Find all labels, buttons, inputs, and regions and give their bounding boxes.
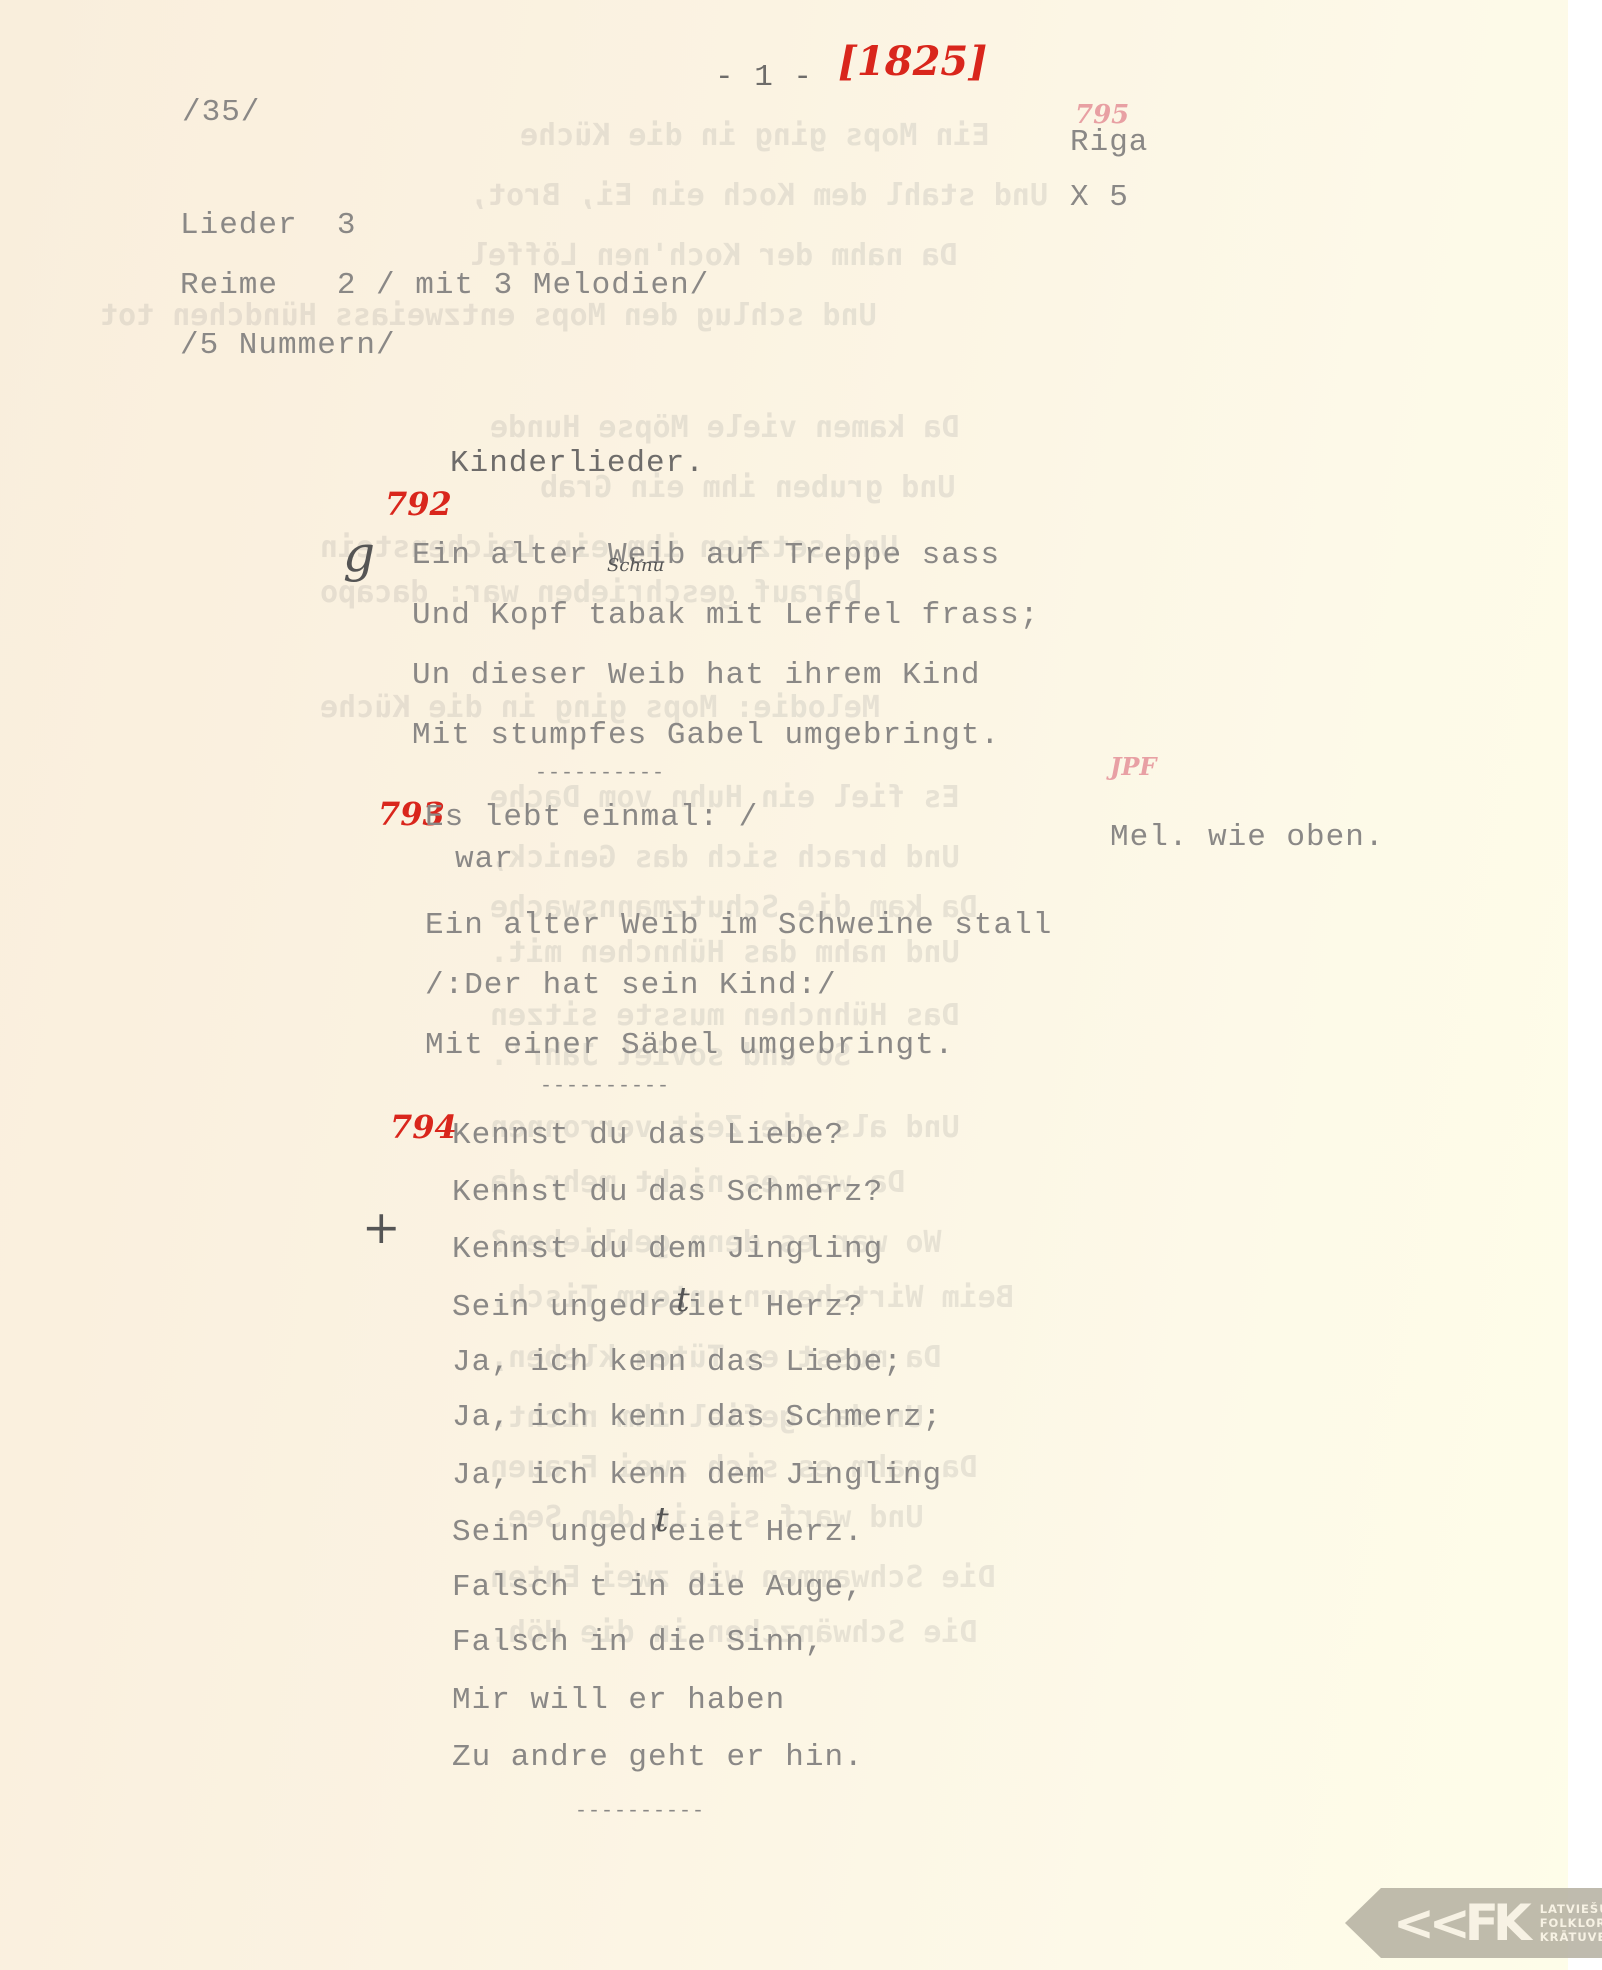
lfk-logo-icon: <<FK <box>1393 1894 1526 1952</box>
verse-line: Falsch in die Sinn, <box>452 1625 824 1660</box>
verse-line: Mir will er haben <box>452 1683 785 1718</box>
verse-line: Ein alter Weib auf Treppe sass <box>412 538 1000 573</box>
place-label: Riga <box>1070 125 1148 160</box>
logo-line: LATVIEŠU <box>1540 1902 1602 1916</box>
document-page: Ein Mops ging in die Küche Und stahl dem… <box>0 0 1568 1970</box>
verse-line: Ja, ich kenn das Liebe; <box>452 1345 903 1380</box>
summary-nummern: /5 Nummern/ <box>180 328 396 363</box>
verse-line: Zu andre geht er hin. <box>452 1740 864 1775</box>
mark-label: X 5 <box>1070 180 1129 215</box>
song-number: 794 <box>390 1108 457 1146</box>
archive-number: [1825] <box>838 38 987 85</box>
song-number: 792 <box>385 485 452 523</box>
verse-line: /:Der hat sein Kind:/ <box>425 968 837 1003</box>
pencil-correction: t <box>676 1280 690 1320</box>
archive-logo: <<FK LATVIEŠU FOLKLORAS KRĀTUVE <box>1345 1888 1602 1958</box>
faint-red-mark: JPF <box>1110 752 1156 781</box>
verse-line: Und Kopf tabak mit Leffel frass; <box>412 598 1039 633</box>
verse-line: Mit stumpfes Gabel umgebringt. <box>412 718 1000 753</box>
verse-line: Ja, ich kenn das Schmerz; <box>452 1400 942 1435</box>
bleedthrough-line: Und stahl dem Koch ein Ei, Brot, <box>470 178 1048 213</box>
separator: ---------- <box>535 762 665 785</box>
verse-line: Falsch t in die Auge, <box>452 1570 864 1605</box>
bleedthrough-line: Und brach sich das Genick, <box>490 840 960 875</box>
verse-line: Kennst du das Schmerz? <box>452 1175 883 1210</box>
summary-lieder: Lieder 3 <box>180 208 356 243</box>
bleedthrough-line: Ein Mops ging in die Küche <box>520 118 990 153</box>
summary-reime: Reime 2 / mit 3 Melodien/ <box>180 268 709 303</box>
pencil-margin-mark: + <box>362 1200 401 1254</box>
logo-line: FOLKLORAS <box>1540 1916 1602 1930</box>
verse-line: Ja, ich kenn dem Jingling <box>452 1458 942 1493</box>
verse-line: Kennst du das Liebe? <box>452 1118 844 1153</box>
verse-line: Kennst du dem Jingling <box>452 1232 883 1267</box>
verse-line: Sein ungedreiet Herz? <box>452 1290 864 1325</box>
melody-note: Mel. wie oben. <box>1110 820 1384 855</box>
logo-text: LATVIEŠU FOLKLORAS KRĀTUVE <box>1540 1902 1602 1944</box>
logo-line: KRĀTUVE <box>1540 1930 1602 1944</box>
separator: ---------- <box>575 1800 705 1823</box>
separator: ---------- <box>540 1075 670 1098</box>
sheet-number: /35/ <box>182 95 260 130</box>
verse-insertion: war <box>455 842 514 877</box>
section-title: Kinderlieder. <box>450 446 705 481</box>
verse-line: Mit einer Säbel umgebringt. <box>425 1028 954 1063</box>
verse-line: Ein alter Weib im Schweine stall <box>425 908 1052 943</box>
page-number: - 1 - <box>715 60 813 95</box>
verse-line: Es lebt einmal: / <box>425 800 758 835</box>
pencil-margin-mark: g <box>343 525 375 583</box>
pencil-correction: Schnu <box>607 555 664 576</box>
verse-line: Un dieser Weib hat ihrem Kind <box>412 658 981 693</box>
pencil-correction: t <box>655 1500 669 1540</box>
bleedthrough-line: Da kamen viele Möpse Hunde <box>490 410 960 445</box>
